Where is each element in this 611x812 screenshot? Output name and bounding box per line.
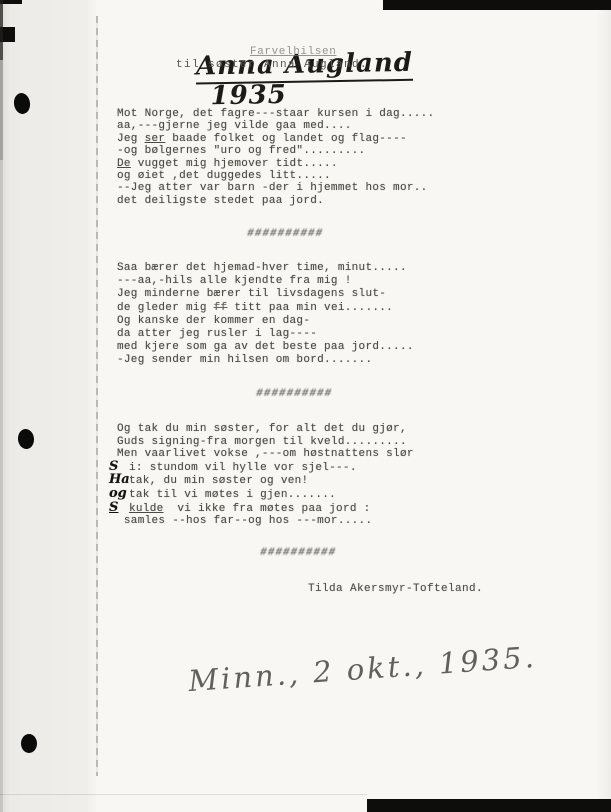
handwritten-year: 1935 bbox=[210, 80, 287, 111]
handwritten-date: Minn., 2 okt., 1935. bbox=[187, 640, 538, 698]
poem-line: da atter jeg rusler i lag---- bbox=[117, 328, 414, 341]
poem-line: Guds signing-fra morgen til kveld.......… bbox=[117, 436, 414, 449]
hole-punch bbox=[21, 734, 37, 753]
line-text: i: stundom vil hylle vor sjel---. bbox=[129, 462, 357, 474]
line-text: vugget mig hjemover tidt..... bbox=[131, 158, 338, 170]
line-text: Saa bærer det hjemad-hver time, minut...… bbox=[117, 262, 407, 274]
underlined-word: De bbox=[117, 158, 131, 170]
line-text: -og bølgernes "uro og fred"......... bbox=[117, 145, 365, 157]
handwritten-correction: og bbox=[109, 488, 129, 501]
line-text: Jeg bbox=[117, 133, 145, 145]
poem-line: samles --hos far--og hos ---mor..... bbox=[117, 515, 414, 528]
poem-line: De vugget mig hjemover tidt..... bbox=[117, 158, 434, 170]
poem-line: -Jeg sender min hilsen om bord....... bbox=[117, 354, 414, 367]
stanza-3: Og tak du min søster, for alt det du gjø… bbox=[117, 423, 414, 528]
line-text: Men vaarlivet vokse ,---om høstnattens s… bbox=[117, 448, 414, 460]
scanner-edge-artifact bbox=[367, 799, 611, 812]
author-signature: Tilda Akersmyr-Tofteland. bbox=[308, 583, 483, 595]
scanner-edge-shadow bbox=[0, 0, 3, 812]
poem-line: de gleder mig ff titt paa min vei....... bbox=[117, 302, 414, 315]
line-text: tak til vi møtes i gjen....... bbox=[129, 489, 336, 501]
poem-line: Jeg minderne bærer til livsdagens slut- bbox=[117, 288, 414, 301]
line-text: de gleder mig bbox=[117, 302, 214, 314]
dedication: til søster Anna Augland. bbox=[176, 59, 368, 71]
line-text: da atter jeg rusler i lag---- bbox=[117, 328, 317, 340]
poem-line: med kjere som ga av det beste paa jord..… bbox=[117, 341, 414, 354]
line-text: Guds signing-fra morgen til kveld.......… bbox=[117, 436, 407, 448]
poem-line: -og bølgernes "uro og fred"......... bbox=[117, 145, 434, 157]
paper-bottom-edge bbox=[0, 794, 367, 795]
stanza-divider: ########## bbox=[246, 228, 324, 240]
line-text: Og tak du min søster, for alt det du gjø… bbox=[117, 423, 407, 435]
underlined-word: kulde bbox=[129, 503, 164, 515]
poem-line: Hatak, du min søster og ven! bbox=[117, 474, 414, 488]
line-text: ---aa,-hils alle kjendte fra mig ! bbox=[117, 275, 352, 287]
poem-line: Si: stundom vil hylle vor sjel---. bbox=[117, 461, 414, 475]
poem-line: Jeg ser baade folket og landet og flag--… bbox=[117, 133, 434, 145]
line-text: --Jeg atter var barn -der i hjemmet hos … bbox=[117, 182, 428, 194]
underlined-word: ser bbox=[145, 133, 166, 145]
line-text: det deiligste stedet paa jord. bbox=[117, 195, 324, 207]
line-text: vi ikke fra møtes paa jord : bbox=[164, 503, 371, 515]
hole-punch bbox=[17, 428, 35, 450]
line-text: samles --hos far--og hos ---mor..... bbox=[117, 515, 372, 527]
poem-line: Men vaarlivet vokse ,---om høstnattens s… bbox=[117, 448, 414, 461]
scanned-page: Anna Augland 1935 Farvelhilsen til søste… bbox=[0, 0, 611, 812]
poem-line: Og tak du min søster, for alt det du gjø… bbox=[117, 423, 414, 436]
poem-line: og øiet ,det duggedes litt..... bbox=[117, 170, 434, 182]
line-text: Mot Norge, det fagre---staar kursen i da… bbox=[117, 108, 434, 120]
stanza-2: Saa bærer det hjemad-hver time, minut...… bbox=[117, 262, 414, 368]
poem-line: ---aa,-hils alle kjendte fra mig ! bbox=[117, 275, 414, 288]
stanza-divider: ########## bbox=[255, 388, 333, 400]
stanza-1: Mot Norge, det fagre---staar kursen i da… bbox=[117, 108, 434, 207]
paper-fold-line bbox=[96, 16, 98, 776]
poem-line: --Jeg atter var barn -der i hjemmet hos … bbox=[117, 182, 434, 194]
line-text: titt paa min vei....... bbox=[227, 302, 393, 314]
line-text: med kjere som ga av det beste paa jord..… bbox=[117, 341, 414, 353]
line-text: baade folket og landet og flag---- bbox=[165, 133, 407, 145]
handwritten-correction: S bbox=[109, 502, 129, 515]
struck-out-text: ff bbox=[214, 302, 228, 314]
scanner-edge-artifact bbox=[383, 0, 611, 10]
hole-punch bbox=[13, 92, 32, 115]
scanner-edge-artifact bbox=[0, 0, 22, 4]
line-text: -Jeg sender min hilsen om bord....... bbox=[117, 354, 372, 366]
poem-line: Mot Norge, det fagre---staar kursen i da… bbox=[117, 108, 434, 120]
poem-line: Og kanske der kommer en dag- bbox=[117, 315, 414, 328]
poem-line: Skulde vi ikke fra møtes paa jord : bbox=[117, 502, 414, 516]
line-text: aa,---gjerne jeg vilde gaa med.... bbox=[117, 120, 352, 132]
poem-line: det deiligste stedet paa jord. bbox=[117, 195, 434, 207]
poem-line: Saa bærer det hjemad-hver time, minut...… bbox=[117, 262, 414, 275]
poem-line: ogtak til vi møtes i gjen....... bbox=[117, 488, 414, 502]
line-text: og øiet ,det duggedes litt..... bbox=[117, 170, 331, 182]
stanza-divider: ########## bbox=[259, 547, 337, 559]
poem-title: Farvelhilsen bbox=[250, 46, 336, 58]
line-text: Og kanske der kommer en dag- bbox=[117, 315, 310, 327]
line-text: Jeg minderne bærer til livsdagens slut- bbox=[117, 288, 386, 300]
line-text: tak, du min søster og ven! bbox=[129, 475, 308, 487]
poem-line: aa,---gjerne jeg vilde gaa med.... bbox=[117, 120, 434, 132]
